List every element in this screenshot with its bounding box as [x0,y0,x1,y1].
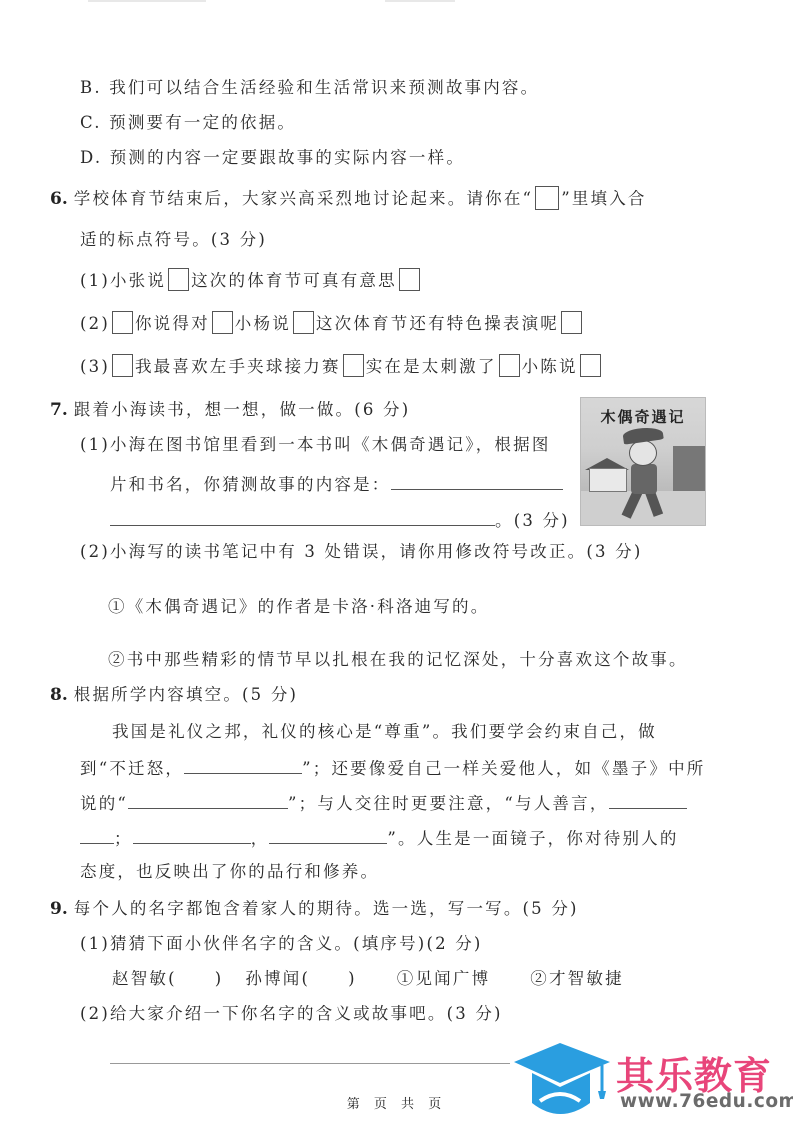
q8-text: ”；还要像爱自己一样关爱他人，如《墨子》中所 [302,759,705,778]
name-zhao: 赵智敏( [112,969,177,988]
q9-part2: (2)给大家介绍一下你名字的含义或故事吧。(3 分) [80,1002,503,1026]
q7-part1-line1: (1)小海在图书馆里看到一本书叫《木偶奇遇记》，根据图 [80,433,551,457]
item-label: (3) [80,357,110,376]
figure-head [629,440,657,466]
question-number: 6. [50,189,68,209]
punctuation-box[interactable] [293,311,314,334]
option-2: ②才智敏捷 [530,969,624,988]
item-text: 实在是太刺激了 [366,357,497,376]
fill-blank[interactable] [184,755,302,774]
item-text: 这次体育节还有特色操表演呢 [316,314,559,333]
q8-text: ”；与人交往时更要注意，“与人善言， [288,794,608,813]
name-sun: 孙博闻( [245,969,310,988]
punctuation-box[interactable] [112,354,133,377]
q8-line4: ；，”。人生是一面镜子，你对待别人的 [80,825,679,851]
item-text: 这次的体育节可真有意思 [191,271,397,290]
q8-text: ； [114,829,133,848]
book-cover-title: 木偶奇遇记 [581,406,705,427]
q5-option-c: C. 预测要有一定的依据。 [80,111,296,135]
worksheet-page: B. 我们可以结合生活经验和生活常识来预测故事内容。 C. 预测要有一定的依据。… [0,0,793,1122]
q8-line2: 到“不迁怒，”；还要像爱自己一样关爱他人，如《墨子》中所 [80,755,705,781]
punctuation-box[interactable] [561,311,582,334]
paren-close: ) [348,969,357,988]
q6-stem: 6.学校体育节结束后，大家兴高采烈地讨论起来。请你在“”里填入合 [50,187,647,212]
q7-note-1: ①《木偶奇遇记》的作者是卡洛·科洛迪写的。 [108,595,489,619]
brand-url: www.76edu.com [620,1091,793,1112]
question-number: 9. [50,899,68,919]
punctuation-box[interactable] [399,268,420,291]
q8-text: ”。人生是一面镜子，你对待别人的 [387,829,678,848]
q8-text: 到“不迁怒， [80,759,184,778]
answer-blank[interactable] [110,507,495,526]
q7-stem-text: 跟着小海读书，想一想，做一做。(6 分) [74,400,411,419]
q5-option-b: B. 我们可以结合生活经验和生活常识来预测故事内容。 [80,76,539,100]
answer-line[interactable] [110,1063,510,1064]
house-shape [673,446,705,491]
punctuation-box[interactable] [168,268,189,291]
book-cover-image: 木偶奇遇记 [580,397,706,526]
ground-shape [581,491,705,525]
house-shape [589,468,627,492]
q6-item-1: (1)小张说这次的体育节可真有意思 [80,269,422,293]
fill-blank[interactable] [80,825,114,844]
q6-stem-text: 学校体育节结束后，大家兴高采烈地讨论起来。请你在“ [74,189,533,208]
q8-line3: 说的“”；与人交往时更要注意，“与人善言， [80,790,687,816]
example-box [535,186,559,210]
q7-part1-text: 片和书名，你猜测故事的内容是： [110,475,391,494]
item-text: 小陈说 [522,357,578,376]
item-label: (1) [80,271,110,290]
watermark-logo: 其乐教育 www.76edu.com [510,1043,793,1122]
top-rule [385,0,455,2]
q6-stem-text-end: ”里填入合 [561,189,646,208]
q7-stem: 7.跟着小海读书，想一想，做一做。(6 分) [50,398,410,422]
q6-item-2: (2)你说得对小杨说这次体育节还有特色操表演呢 [80,312,584,336]
q9-names-row: 赵智敏()孙博闻()①见闻广博②才智敏捷 [112,967,624,991]
q8-line5: 态度，也反映出了你的品行和修养。 [80,860,379,884]
q8-stem-text: 根据所学内容填空。(5 分) [74,685,298,704]
q9-stem: 9.每个人的名字都饱含着家人的期待。选一选，写一写。(5 分) [50,897,579,921]
fill-blank[interactable] [609,790,687,809]
option-1: ①见闻广博 [397,969,491,988]
fill-blank[interactable] [128,790,288,809]
answer-blank[interactable] [391,471,563,490]
punctuation-box[interactable] [343,354,364,377]
fill-blank[interactable] [269,825,387,844]
q9-part1: (1)猜猜下面小伙伴名字的含义。(填序号)(2 分) [80,932,483,956]
figure-body [631,464,657,494]
graduation-cap-icon [510,1043,618,1122]
q7-part1-line2: 片和书名，你猜测故事的内容是： [110,471,563,497]
figure-hat [622,425,664,444]
item-text: 你说得对 [135,314,210,333]
q9-stem-text: 每个人的名字都饱含着家人的期待。选一选，写一写。(5 分) [74,899,579,918]
q7-part1-score: 。(3 分) [495,511,570,530]
item-label: (2) [80,314,110,333]
item-text: 小张说 [110,271,166,290]
item-text: 小杨说 [235,314,291,333]
item-text: 我最喜欢左手夹球接力赛 [135,357,341,376]
punctuation-box[interactable] [112,311,133,334]
punctuation-box[interactable] [580,354,601,377]
q5-option-d: D. 预测的内容一定要跟故事的实际内容一样。 [80,146,465,170]
q8-line1: 我国是礼仪之邦，礼仪的核心是“尊重”。我们要学会约束自己，做 [112,720,657,744]
q6-stem-line2: 适的标点符号。(3 分) [80,228,267,252]
punctuation-box[interactable] [499,354,520,377]
q6-item-3: (3)我最喜欢左手夹球接力赛实在是太刺激了小陈说 [80,355,603,379]
punctuation-box[interactable] [212,311,233,334]
q8-text: ， [251,829,270,848]
paren-close: ) [215,969,224,988]
q8-text: 说的“ [80,794,128,813]
q7-part2: (2)小海写的读书笔记中有 3 处错误，请你用修改符号改正。(3 分) [80,540,642,564]
q7-part1-line3: 。(3 分) [110,507,570,533]
q8-stem: 8.根据所学内容填空。(5 分) [50,683,298,707]
question-number: 8. [50,685,68,705]
top-rule [88,0,206,2]
fill-blank[interactable] [133,825,251,844]
question-number: 7. [50,400,68,420]
q7-note-2: ②书中那些精彩的情节早以扎根在我的记忆深处，十分喜欢这个故事。 [108,648,688,672]
